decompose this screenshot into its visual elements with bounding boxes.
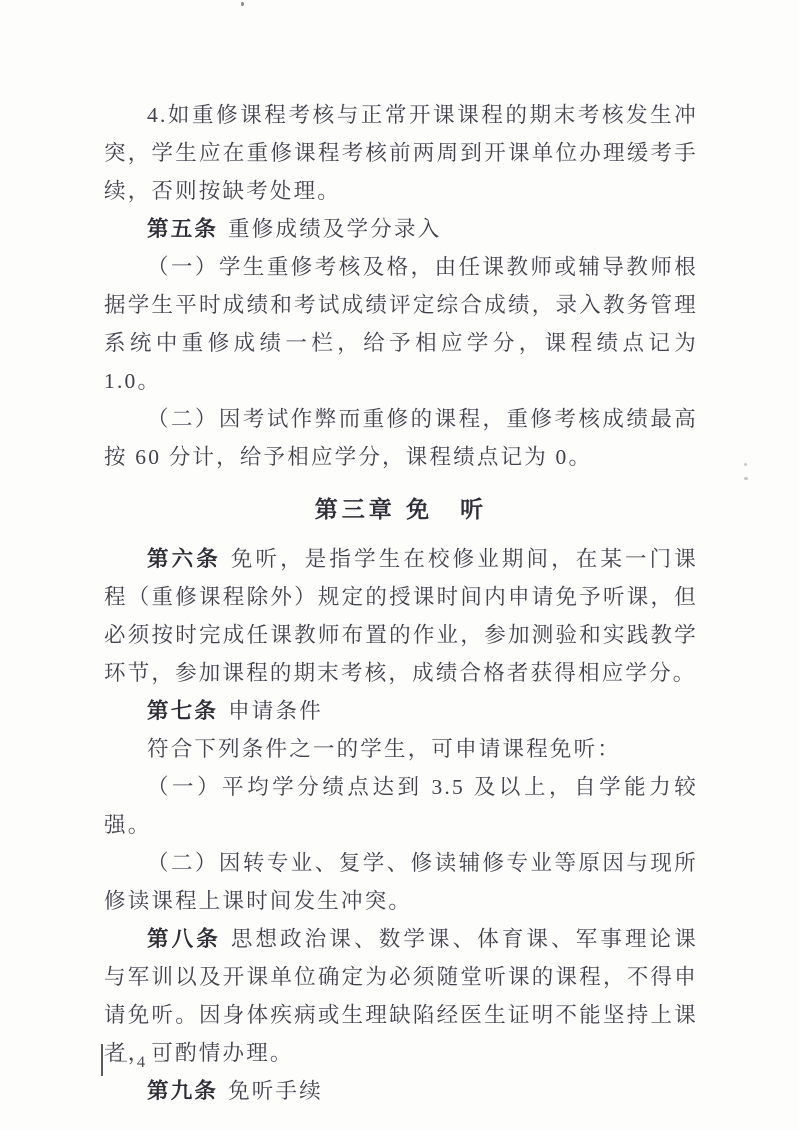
paragraph: （一）学生重修考核及格，由任课教师或辅导教师根据学生平时成绩和考试成绩评定综合成… bbox=[104, 248, 698, 400]
paragraph: 第九条免听手续 bbox=[104, 1072, 698, 1110]
paragraph: 第七条申请条件 bbox=[104, 692, 698, 730]
paragraph: 第八条思想政治课、数学课、体育课、军事理论课与军训以及开课单位确定为必须随堂听课… bbox=[104, 920, 698, 1072]
paragraph-text: （二）因考试作弊而重修的课程，重修考核成绩最高按 60 分计，给予相应学分，课程… bbox=[104, 407, 698, 469]
article-number: 第六条 bbox=[147, 547, 221, 571]
document-body: 4.如重修课程考核与正常开课课程的期末考核发生冲突，学生应在重修课程考核前两周到… bbox=[104, 96, 698, 1110]
scan-artifact bbox=[241, 2, 244, 6]
paragraph: 第五条重修成绩及学分录入 bbox=[104, 210, 698, 248]
paragraph-text: （一）学生重修考核及格，由任课教师或辅导教师根据学生平时成绩和考试成绩评定综合成… bbox=[104, 255, 698, 393]
paragraph: 4.如重修课程考核与正常开课课程的期末考核发生冲突，学生应在重修课程考核前两周到… bbox=[104, 96, 698, 210]
article-number: 第九条 bbox=[147, 1079, 218, 1103]
page-footer: － 4 － bbox=[101, 1042, 171, 1078]
chapter-heading: 第三章 免 听 bbox=[104, 490, 698, 528]
paragraph-text: 4.如重修课程考核与正常开课课程的期末考核发生冲突，学生应在重修课程考核前两周到… bbox=[104, 103, 698, 203]
paragraph-text: （二）因转专业、复学、修读辅修专业等原因与现所修读课程上课时间发生冲突。 bbox=[104, 851, 698, 913]
article-number: 第五条 bbox=[147, 217, 218, 241]
paragraph: （二）因考试作弊而重修的课程，重修考核成绩最高按 60 分计，给予相应学分，课程… bbox=[104, 400, 698, 476]
paragraph: 符合下列条件之一的学生，可申请课程免听： bbox=[104, 730, 698, 768]
article-number: 第八条 bbox=[147, 927, 221, 951]
article-number: 第七条 bbox=[147, 699, 218, 723]
paragraph-text: 重修成绩及学分录入 bbox=[228, 217, 441, 241]
scan-artifact bbox=[744, 477, 748, 480]
paragraph: （二）因转专业、复学、修读辅修专业等原因与现所修读课程上课时间发生冲突。 bbox=[104, 844, 698, 920]
paragraph: （一）平均学分绩点达到 3.5 及以上，自学能力较强。 bbox=[104, 768, 698, 844]
scan-artifact bbox=[744, 463, 747, 466]
footer-margin-mark bbox=[101, 1044, 103, 1076]
paragraph-text: 申请条件 bbox=[228, 699, 323, 723]
paragraph-text: （一）平均学分绩点达到 3.5 及以上，自学能力较强。 bbox=[104, 775, 698, 837]
paragraph-text: 免听手续 bbox=[228, 1079, 323, 1103]
paragraph-text: 符合下列条件之一的学生，可申请课程免听： bbox=[147, 737, 621, 761]
paragraph: 第六条免听，是指学生在校修业期间，在某一门课程（重修课程除外）规定的授课时间内申… bbox=[104, 540, 698, 692]
scanned-document-page: 4.如重修课程考核与正常开课课程的期末考核发生冲突，学生应在重修课程考核前两周到… bbox=[0, 0, 799, 1130]
page-number: － 4 － bbox=[113, 1049, 171, 1072]
